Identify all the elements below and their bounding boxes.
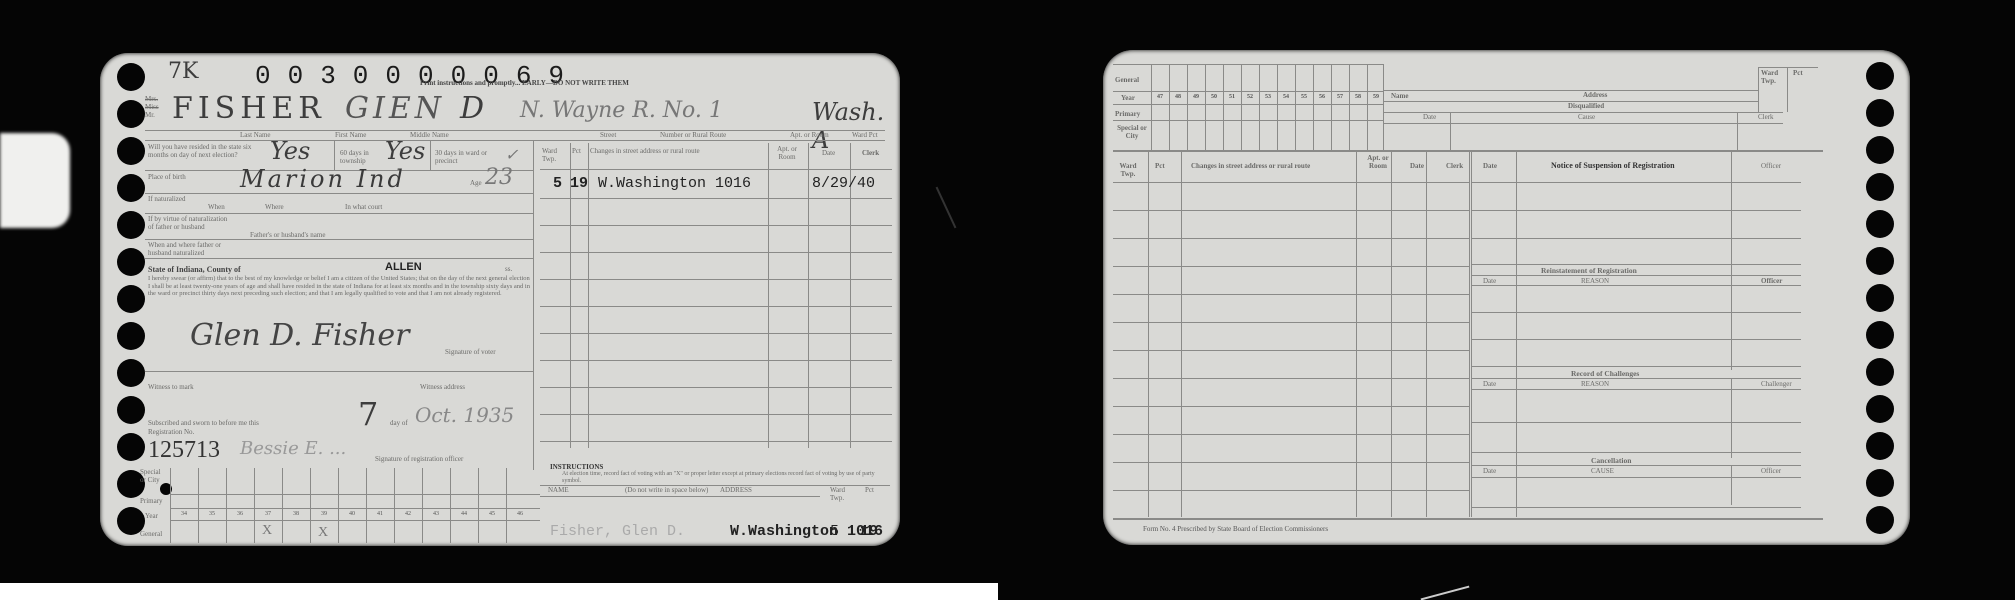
- col-clerk: Clerk: [862, 149, 879, 157]
- last-name: FISHER: [172, 91, 326, 126]
- scratch-mark: [936, 187, 957, 229]
- punch-hole: [1866, 469, 1894, 497]
- first-name: GIEN: [345, 91, 445, 126]
- answer-resided-state: Yes: [270, 137, 310, 165]
- punch-hole: [117, 396, 145, 424]
- registration-number: 125713: [148, 437, 220, 464]
- label-when-where-naturalized: When and where father or husband natural…: [148, 241, 228, 257]
- middle-name: D: [460, 91, 484, 126]
- punch-hole: [117, 100, 145, 128]
- scratch-mark: [1421, 586, 1470, 600]
- oath-ss: ss.: [505, 265, 512, 273]
- label-street: Street: [600, 131, 616, 139]
- label-by-virtue: If by virtue of naturalization of father…: [148, 215, 228, 231]
- punch-hole: [117, 211, 145, 239]
- top-banner: Print instructions and promptly... EARLY…: [420, 79, 629, 87]
- punch-hole: [1866, 99, 1894, 127]
- footer-label-ward: Ward Twp.: [830, 486, 846, 502]
- punch-hole: [1866, 210, 1894, 238]
- name-prefix: Mrs. Miss Mr.: [145, 95, 159, 119]
- changes-table-right: Ward Twp. Pct Changes in street address …: [1113, 152, 1483, 517]
- registration-card-back: General Year Primary Special or City 47 …: [1103, 50, 1910, 545]
- label-signature-officer: Signature of registration officer: [375, 455, 463, 463]
- general-mark: X: [318, 525, 328, 541]
- instructions-block: INSTRUCTIONS At election time, record fa…: [550, 463, 890, 485]
- row-1-pct: 19: [570, 175, 588, 192]
- oath-state-line: State of Indiana, County of: [148, 265, 241, 274]
- disq-ward-label: Ward Twp.: [1761, 69, 1781, 85]
- registration-card-front: 7K 0030000069 Print instructions and pro…: [100, 53, 900, 546]
- footer-label-name: NAME: [548, 486, 569, 494]
- col-apt: Apt. or Room: [772, 145, 802, 161]
- label-last-name: Last Name: [240, 131, 271, 139]
- punch-hole: [1866, 247, 1894, 275]
- serial-mark: 7K: [168, 59, 198, 84]
- disq-date-label: Date: [1423, 113, 1436, 121]
- punch-hole: [1866, 358, 1894, 386]
- answer-age: 23: [485, 165, 513, 190]
- label-witness-mark: Witness to mark: [148, 383, 194, 391]
- punch-hole: [117, 63, 145, 91]
- oath-text: I hereby swear (or affirm) that to the b…: [148, 275, 533, 298]
- punch-hole: [1866, 62, 1894, 90]
- punch-hole: [1866, 173, 1894, 201]
- disq-name-label: Name: [1391, 92, 1409, 100]
- punch-hole: [1866, 136, 1894, 164]
- punch-hole: [117, 174, 145, 202]
- label-apt-room: Apt. or Room: [790, 131, 829, 139]
- row-1-ward: 5: [553, 175, 562, 192]
- label-in-what-court: In what court: [345, 203, 382, 211]
- answer-resided-ward: ✓: [505, 145, 518, 164]
- disq-pct-label: Pct: [1793, 69, 1803, 77]
- vote-grid-right: General Year Primary Special or City 47 …: [1113, 64, 1383, 150]
- label-father-husband-name: Father's or husband's name: [250, 231, 325, 239]
- label-age: Age: [470, 179, 482, 187]
- footer-label-pct: Pct: [865, 486, 874, 494]
- label-resided-township: 60 days in township: [340, 149, 385, 165]
- footer-label-address: ADDRESS: [720, 486, 752, 494]
- vote-grid-left: Special or City Primary Year General 34 …: [140, 468, 540, 543]
- oath-county: ALLEN: [385, 261, 422, 273]
- voter-signature: Glen D. Fisher: [190, 318, 409, 353]
- status-sections: Date Notice of Suspension of Registratio…: [1471, 152, 1811, 517]
- sworn-day: 7: [358, 395, 378, 433]
- label-when: When: [208, 203, 225, 211]
- punch-hole: [117, 322, 145, 350]
- answer-resided-township: Yes: [385, 137, 425, 165]
- label-where: Where: [265, 203, 284, 211]
- punch-hole: [1866, 395, 1894, 423]
- label-resided-state: Will you have resided in the state six m…: [148, 143, 258, 159]
- street-handwritten: N. Wayne R. No. 1: [520, 98, 723, 123]
- col-pct: Pct: [572, 147, 581, 155]
- label-first-name: First Name: [335, 131, 366, 139]
- label-registration-no: Registration No.: [148, 428, 194, 436]
- disq-clerk-label: Clerk: [1758, 113, 1774, 121]
- label-ward-pct: Ward Pct: [852, 131, 878, 139]
- label-place-of-birth: Place of birth: [148, 173, 188, 181]
- light-glare: [0, 133, 70, 228]
- white-margin-bar: [0, 583, 998, 600]
- footer-pct: 19: [860, 523, 878, 540]
- form-footer: Form No. 4 Prescribed by State Board of …: [1143, 525, 1328, 533]
- punch-hole: [117, 248, 145, 276]
- disq-cause-label: Cause: [1578, 113, 1595, 121]
- label-witness-address: Witness address: [420, 383, 465, 391]
- footer-label-do-not-write: (Do not write in space below): [625, 486, 708, 494]
- row-1-date: 8/29/40: [812, 175, 875, 192]
- footer-name: Fisher, Glen D.: [550, 523, 685, 540]
- punch-hole: [1866, 321, 1894, 349]
- officer-signature: Bessie E. ...: [240, 438, 346, 459]
- punch-hole: [1866, 432, 1894, 460]
- col-ward: Ward Twp.: [542, 147, 564, 163]
- punch-hole: [1866, 284, 1894, 312]
- label-resided-ward: 30 days in ward or precinct: [435, 149, 505, 165]
- punch-hole: [117, 285, 145, 313]
- punch-hole: [117, 433, 145, 461]
- sworn-month-year: Oct. 1935: [415, 403, 514, 427]
- disq-title: Disqualified: [1568, 102, 1604, 110]
- label-subscribed: Subscribed and sworn to before me this: [148, 419, 259, 427]
- footer-ward: 5: [830, 523, 839, 540]
- col-date: Date: [822, 149, 835, 157]
- punch-hole: [1866, 506, 1894, 534]
- label-day-of: day of: [390, 419, 408, 427]
- disq-address-label: Address: [1583, 91, 1607, 99]
- answer-place-of-birth: Marion Ind: [240, 165, 406, 193]
- punch-hole: [117, 359, 145, 387]
- row-1-address: W.Washington 1016: [598, 175, 751, 192]
- changes-table: Ward Twp. Pct Changes in street address …: [540, 143, 892, 473]
- punch-hole: [117, 137, 145, 165]
- general-mark: X: [262, 523, 272, 539]
- label-signature-voter: Signature of voter: [445, 348, 496, 356]
- label-number-rural: Number or Rural Route: [660, 131, 726, 139]
- col-changes: Changes in street address or rural route: [590, 147, 740, 155]
- label-naturalized: If naturalized: [148, 195, 188, 203]
